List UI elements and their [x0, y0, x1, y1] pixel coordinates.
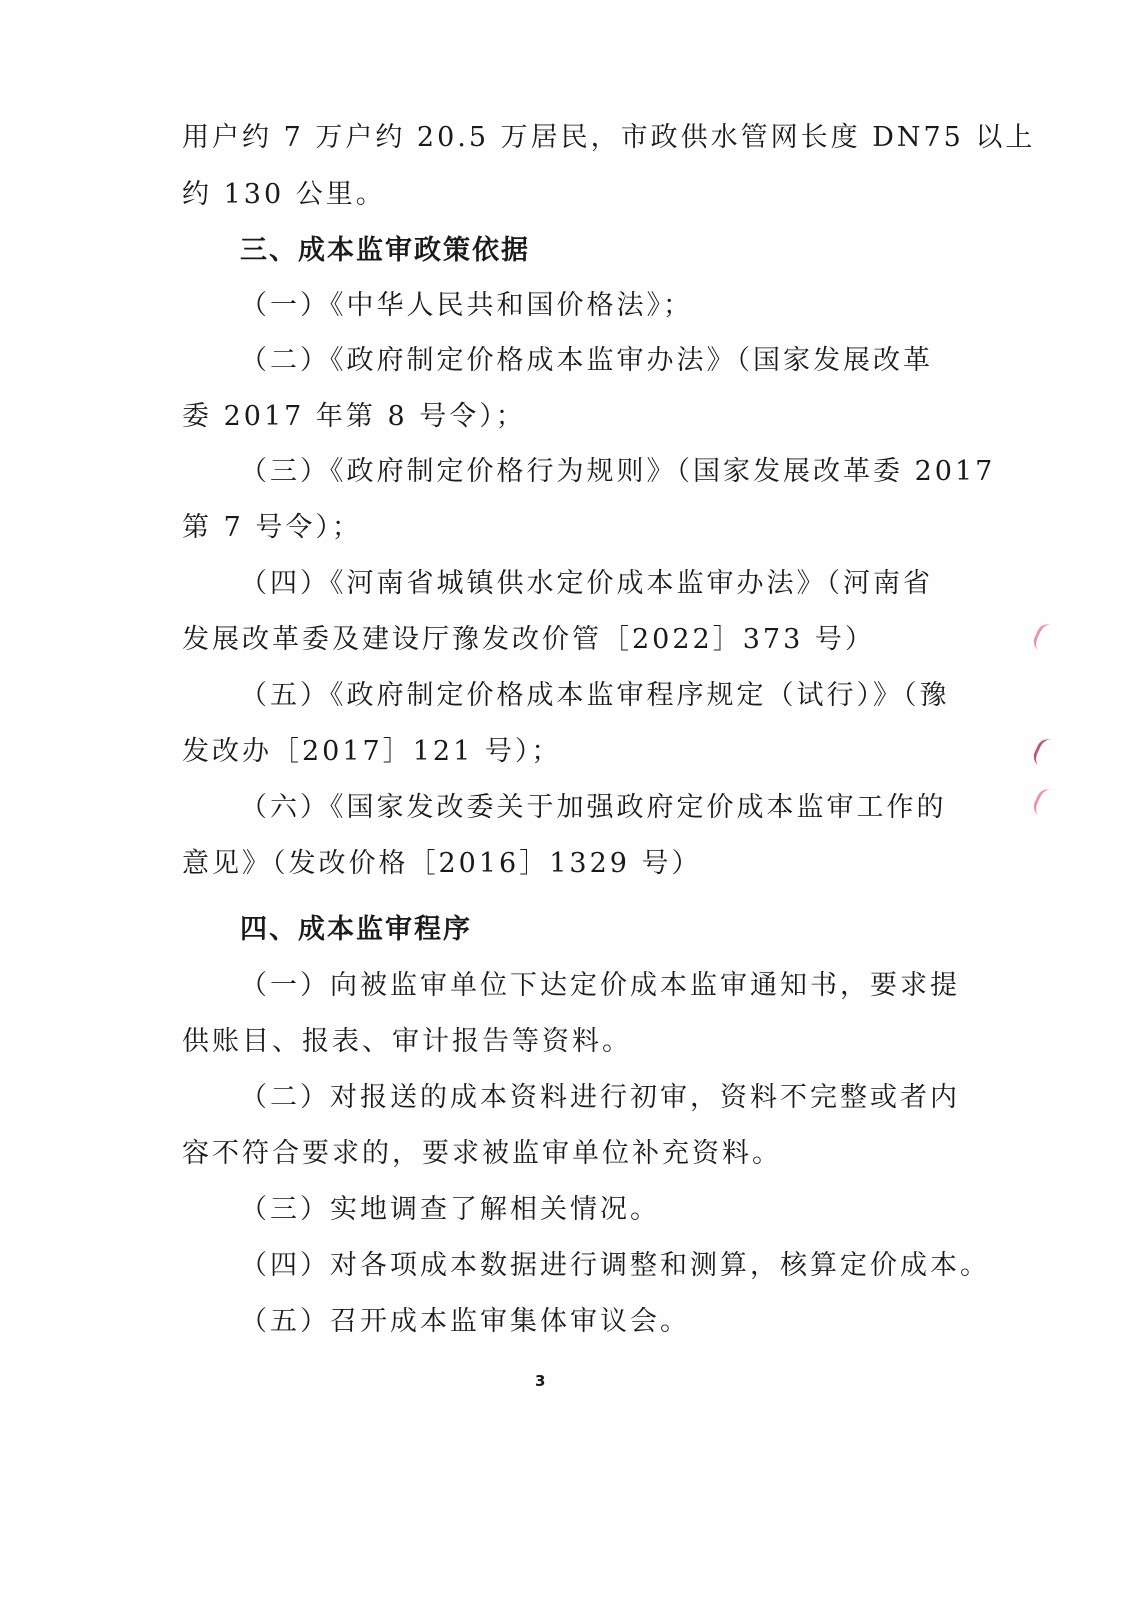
policy-item-2-cont: 委 2017 年第 8 号令）；: [182, 397, 922, 437]
seal-stamp-fragment: [1030, 786, 1064, 822]
procedure-item-2: （二）对报送的成本资料进行初审，资料不完整或者内: [240, 1078, 980, 1118]
procedure-item-5: （五）召开成本监审集体审议会。: [240, 1302, 980, 1342]
document-page: 用户约 7 万户约 20.5 万居民，市政供水管网长度 DN75 以上 约 13…: [0, 0, 1131, 1600]
policy-item-3: （三）《政府制定价格行为规则》（国家发展改革委 2017: [240, 452, 980, 492]
policy-item-4: （四）《河南省城镇供水定价成本监审办法》（河南省: [240, 564, 980, 604]
policy-item-1: （一）《中华人民共和国价格法》；: [240, 286, 980, 326]
section-heading-procedure: 四、成本监审程序: [240, 910, 980, 950]
seal-stamp-fragment: [1030, 736, 1064, 772]
procedure-item-4: （四）对各项成本数据进行调整和测算，核算定价成本。: [240, 1246, 980, 1286]
body-text-line: 用户约 7 万户约 20.5 万居民，市政供水管网长度 DN75 以上: [182, 118, 922, 158]
section-heading-policy-basis: 三、成本监审政策依据: [240, 231, 980, 271]
policy-item-4-cont: 发展改革委及建设厅豫发改价管［2022］373 号）: [182, 620, 922, 660]
policy-item-5: （五）《政府制定价格成本监审程序规定（试行）》（豫: [240, 676, 980, 716]
procedure-item-1: （一）向被监审单位下达定价成本监审通知书，要求提: [240, 966, 980, 1006]
policy-item-2: （二）《政府制定价格成本监审办法》（国家发展改革: [240, 341, 980, 381]
policy-item-5-cont: 发改办［2017］121 号）；: [182, 732, 922, 772]
policy-item-6-cont: 意见》（发改价格［2016］1329 号）: [182, 844, 922, 884]
procedure-item-1-cont: 供账目、报表、审计报告等资料。: [182, 1022, 922, 1062]
policy-item-3-cont: 第 7 号令）；: [182, 508, 922, 548]
procedure-item-2-cont: 容不符合要求的，要求被监审单位补充资料。: [182, 1134, 922, 1174]
seal-stamp-fragment: [1030, 621, 1064, 657]
procedure-item-3: （三）实地调查了解相关情况。: [240, 1190, 980, 1230]
body-text-line: 约 130 公里。: [182, 175, 922, 215]
page-number: 3: [535, 1372, 545, 1390]
policy-item-6: （六）《国家发改委关于加强政府定价成本监审工作的: [240, 788, 980, 828]
